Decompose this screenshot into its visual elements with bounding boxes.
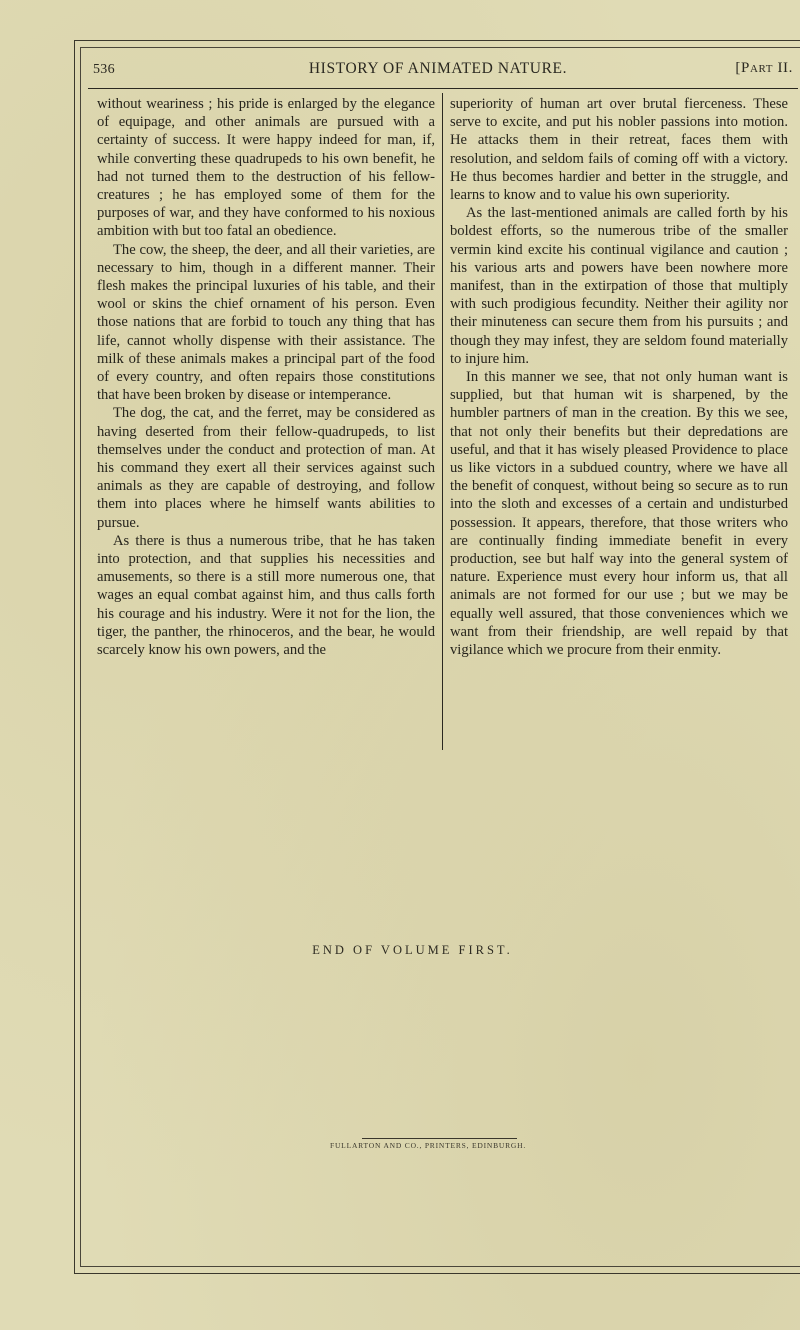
column-divider: [442, 93, 443, 750]
paragraph: As the last-mentioned animals are called…: [450, 204, 788, 368]
paragraph: In this manner we see, that not only hum…: [450, 368, 788, 659]
right-column: superiority of human art over brutal fie…: [450, 95, 788, 659]
paragraph: The dog, the cat, and the ferret, may be…: [97, 404, 435, 531]
running-header: 536 HISTORY OF ANIMATED NATURE. [Part II…: [93, 60, 783, 84]
paragraph: The cow, the sheep, the deer, and all th…: [97, 241, 435, 405]
part-label: [Part II.: [735, 60, 793, 77]
end-of-volume-text: END OF VOLUME FIRST.: [0, 943, 800, 958]
paragraph: As there is thus a numerous tribe, that …: [97, 532, 435, 659]
running-title: HISTORY OF ANIMATED NATURE.: [93, 60, 783, 78]
header-rule: [88, 88, 798, 89]
paragraph: superiority of human art over brutal fie…: [450, 95, 788, 204]
imprint-rule: [362, 1138, 517, 1139]
left-column: without weariness ; his pride is enlarge…: [97, 95, 435, 659]
paragraph: without weariness ; his pride is enlarge…: [97, 95, 435, 241]
printer-imprint: FULLARTON AND CO., PRINTERS, EDINBURGH.: [330, 1141, 570, 1150]
